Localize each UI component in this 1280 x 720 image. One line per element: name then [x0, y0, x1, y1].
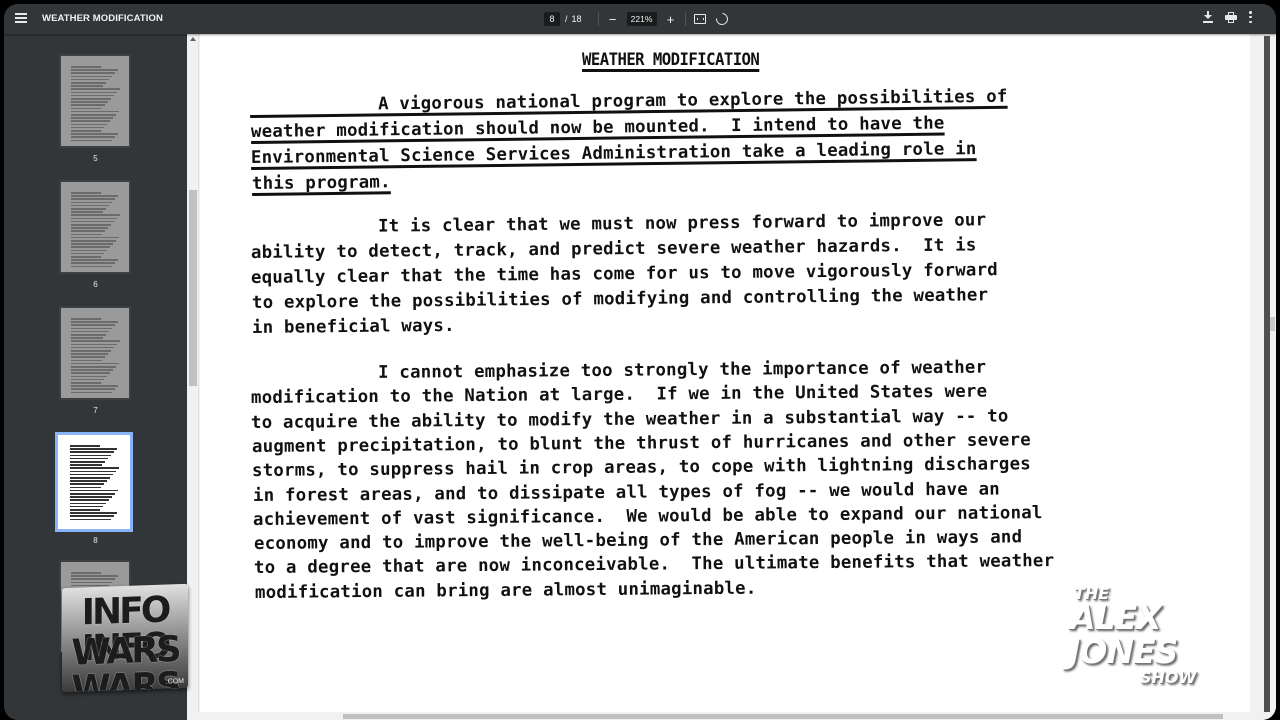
thumbnail-text-line — [71, 331, 109, 333]
thumbnail-text-line — [70, 445, 100, 447]
thumbnail-text-line — [71, 69, 118, 71]
toolbar-actions — [1203, 11, 1252, 23]
fit-to-page-icon — [694, 14, 706, 24]
thumbnail-text-line — [71, 340, 120, 342]
document-text-line: to acquire the ability to modify the wea… — [251, 408, 1009, 432]
thumbnail-text-line — [71, 218, 117, 220]
thumbnail-text-line — [71, 366, 116, 368]
thumbnail-text-line — [71, 240, 116, 242]
rotate-icon — [713, 11, 730, 28]
document-text-line: storms, to suppress hail in crop areas, … — [252, 456, 1031, 480]
scroll-track — [1264, 36, 1270, 712]
rotate-button[interactable] — [714, 11, 730, 27]
logo-show: SHOW — [1140, 670, 1196, 685]
thumbnail-text-line — [71, 234, 102, 236]
thumbnail-text-line — [71, 237, 119, 239]
thumbnail-text-line — [71, 117, 113, 119]
thumbnail-text-line — [70, 506, 103, 508]
thumbnail-text-line — [70, 493, 115, 495]
thumbnail-text-line — [70, 519, 111, 521]
document-text-line: in beneficial ways. — [252, 318, 455, 338]
infowars-logo-overlay: INFO INFO WARS WARS .COM — [62, 584, 188, 692]
document-horizontal-scrollbar[interactable] — [187, 712, 1276, 720]
thumbnail-text-line — [71, 372, 110, 374]
total-pages: 18 — [572, 14, 582, 24]
thumbnail-text-line — [71, 114, 116, 116]
document-text-line: to a degree that are now inconceivable. … — [254, 553, 1054, 577]
thumbnail-text-line — [70, 448, 117, 450]
thumbnail-text-line — [71, 95, 114, 97]
thumbnail-text-line — [70, 458, 108, 460]
more-options-icon[interactable] — [1249, 11, 1252, 23]
thumbnail-page-number: 7 — [4, 406, 187, 415]
current-page-input[interactable]: 8 — [544, 12, 560, 26]
thumbnail-text-line — [70, 467, 119, 469]
document-heading: WEATHER MODIFICATION — [582, 52, 759, 69]
thumbnail-text-line — [71, 82, 106, 84]
thumbnail-text-line — [70, 509, 100, 511]
thumbnail-text-line — [71, 136, 115, 138]
horizontal-scroll-thumb[interactable] — [343, 714, 1223, 719]
thumbnail-text-line — [71, 224, 111, 226]
thumbnail-text-line — [71, 266, 112, 268]
thumbnail-text-line — [71, 385, 118, 387]
thumbnail-text-line — [71, 353, 108, 355]
pdf-toolbar: WEATHER MODIFICATION 8 / 18 − 221% + — [4, 4, 1276, 34]
sidebar-scrollbar[interactable] — [187, 34, 199, 720]
thumbnail-text-line — [71, 104, 105, 106]
thumbnail-text-line — [71, 328, 112, 330]
document-text-line: ability to detect, track, and predict se… — [250, 237, 976, 262]
thumbnail-text-line — [71, 363, 119, 365]
document-text-line: equally clear that the time has come for… — [251, 262, 998, 287]
thumbnail-text-line — [70, 499, 109, 501]
download-icon[interactable] — [1203, 11, 1213, 23]
fit-to-page-button[interactable] — [692, 11, 708, 27]
toolbar-divider — [598, 12, 599, 26]
zoom-out-button[interactable]: − — [605, 11, 621, 27]
thumbnail-text-line — [71, 253, 104, 255]
thumbnail-text-line — [71, 379, 104, 381]
thumbnail-text-line — [71, 388, 115, 390]
thumbnail-text-line — [70, 480, 107, 482]
thumbnail-text-line — [71, 192, 101, 194]
thumbnail-text-line — [71, 337, 103, 339]
thumbnail-text-line — [71, 195, 118, 197]
thumbnail-text-line — [71, 324, 115, 326]
thumbnail-text-line — [71, 256, 101, 258]
thumbnail-text-line — [71, 108, 102, 110]
page-thumbnail[interactable] — [59, 180, 131, 274]
thumbnail-text-line — [70, 464, 102, 466]
thumbnail-text-line — [71, 211, 103, 213]
thumbnail-text-line — [71, 72, 115, 74]
thumbnail-text-line — [71, 582, 112, 584]
document-title: WEATHER MODIFICATION — [42, 13, 163, 24]
page-thumbnail[interactable] — [55, 432, 133, 532]
thumbnail-text-line — [71, 124, 107, 126]
thumbnail-text-line — [70, 503, 106, 505]
thumbnail-text-line — [71, 111, 119, 113]
thumbnail-text-line — [70, 471, 116, 473]
thumbnail-text-line — [70, 455, 111, 457]
thumbnail-page-number: 8 — [4, 536, 187, 545]
thumbnail-text-line — [71, 130, 101, 132]
alex-jones-show-logo-overlay: THE ALEX JONES SHOW — [1068, 584, 1228, 694]
thumbnail-text-line — [71, 334, 106, 336]
thumbnail-text-line — [71, 318, 101, 320]
sidebar-scroll-thumb[interactable] — [189, 190, 197, 386]
thumbnail-text-line — [71, 76, 112, 78]
thumbnail-text-line — [71, 246, 110, 248]
print-icon[interactable] — [1225, 12, 1237, 23]
thumbnail-text-line — [70, 496, 112, 498]
thumbnail-text-line — [71, 85, 103, 87]
toolbar-divider — [685, 12, 686, 26]
infowars-logo-dotcom: .COM — [166, 678, 184, 686]
thumbnail-text-line — [70, 477, 110, 479]
thumbnail-text-line — [71, 202, 112, 204]
thumbnail-text-line — [71, 214, 120, 216]
thumbnail-text-line — [71, 578, 115, 580]
document-text-line: to explore the possibilities of modifyin… — [251, 287, 987, 312]
document-text-line: weather modification should now be mount… — [250, 116, 944, 142]
thumbnail-text-line — [71, 127, 104, 129]
thumbnail-page-number: 6 — [4, 280, 187, 289]
thumbnail-text-line — [71, 344, 117, 346]
page-zoom-controls: 8 / 18 − 221% + — [544, 10, 730, 28]
thumbnail-text-line — [71, 262, 115, 264]
document-text-line: Environmental Science Services Administr… — [251, 141, 977, 167]
thumbnail-text-line — [71, 79, 109, 81]
document-text-line: A vigorous national program to explore t… — [250, 89, 1008, 116]
zoom-level-input[interactable]: 221% — [627, 12, 657, 26]
logo-alex: ALEX — [1070, 602, 1161, 633]
page-separator: / — [565, 14, 568, 24]
document-vertical-scrollbar[interactable] — [1262, 34, 1276, 720]
thumbnail-text-line — [70, 512, 117, 514]
thumbnail-page-number: 5 — [4, 154, 187, 163]
document-text-line: It is clear that we must now press forwa… — [250, 212, 986, 237]
thumbnail-text-line — [71, 230, 105, 232]
zoom-in-button[interactable]: + — [663, 11, 679, 27]
thumbnail-text-line — [71, 350, 111, 352]
page-thumbnail[interactable] — [59, 54, 131, 148]
thumbnail-text-line — [71, 88, 120, 90]
thumbnail-text-line — [71, 98, 111, 100]
scroll-up-arrow-icon[interactable] — [190, 37, 196, 41]
thumbnail-text-line — [70, 515, 114, 517]
document-text-line: I cannot emphasize too strongly the impo… — [250, 360, 986, 384]
thumbnail-text-line — [71, 221, 114, 223]
document-text-line: modification to the Nation at large. If … — [250, 384, 986, 408]
thumbnail-text-line — [71, 321, 118, 323]
document-text-line: in forest areas, and to dissipate all ty… — [252, 481, 999, 505]
thumbnail-text-line — [71, 360, 102, 362]
document-text-line: this program. — [251, 174, 390, 193]
thumbnail-text-line — [71, 572, 101, 574]
thumbnail-text-line — [71, 208, 106, 210]
thumbnail-text-line — [71, 392, 112, 394]
thumbnail-text-line — [71, 382, 101, 384]
thumbnail-text-line — [71, 120, 110, 122]
thumbnail-text-line — [70, 474, 113, 476]
thumbnail-text-line — [71, 376, 107, 378]
thumbnail-text-line — [70, 487, 101, 489]
scroll-thumb[interactable] — [1270, 317, 1275, 331]
thumbnail-text-line — [71, 198, 115, 200]
thumbnail-text-line — [71, 575, 118, 577]
document-text-line: augment precipitation, to blunt the thru… — [251, 432, 1030, 456]
thumbnail-text-line — [71, 250, 107, 252]
thumbnail-text-line — [71, 66, 101, 68]
document-text-line: modification can bring are almost unimag… — [254, 580, 756, 602]
document-text-line: economy and to improve the well-being of… — [253, 529, 1021, 553]
logo-jones: JONES — [1068, 636, 1177, 667]
pdf-viewer-window: WEATHER MODIFICATION 8 / 18 − 221% + 567… — [4, 4, 1276, 720]
page-thumbnail[interactable] — [59, 306, 131, 400]
thumbnail-text-line — [70, 490, 118, 492]
thumbnail-text-line — [71, 205, 109, 207]
thumbnail-text-line — [71, 140, 112, 142]
thumbnail-text-line — [71, 243, 113, 245]
thumbnail-text-line — [71, 133, 118, 135]
thumbnail-text-line — [71, 227, 108, 229]
menu-icon[interactable] — [15, 13, 27, 23]
thumbnail-text-line — [70, 461, 105, 463]
thumbnail-text-line — [71, 259, 118, 261]
thumbnail-text-line — [71, 101, 108, 103]
thumbnail-text-line — [70, 483, 104, 485]
thumbnail-text-line — [71, 347, 114, 349]
thumbnail-text-line — [71, 356, 105, 358]
thumbnail-text-line — [71, 369, 113, 371]
thumbnail-text-line — [70, 451, 114, 453]
thumbnail-text-line — [71, 92, 117, 94]
document-text-line: achievement of vast significance. We wou… — [253, 505, 1043, 529]
